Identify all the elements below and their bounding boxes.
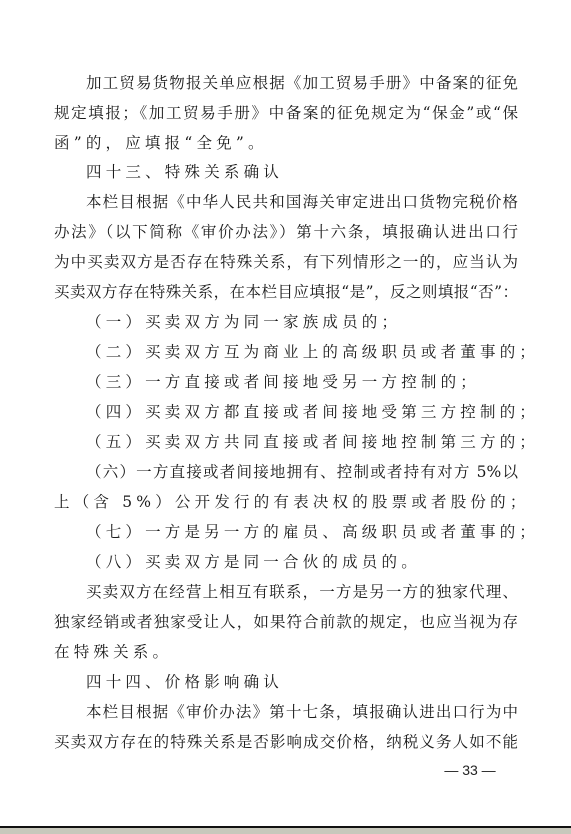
paragraph-line: 在特殊关系。: [54, 641, 518, 663]
paragraph-line: 本栏目根据《审价办法》第十七条，填报确认进出口行为中: [86, 701, 518, 723]
viewer-bottom-bar: [0, 828, 571, 834]
paragraph-line: 买卖双方在经营上相互有联系，一方是另一方的独家代理、: [86, 581, 518, 603]
paragraph-line: 买卖双方存在特殊关系，在本栏目应填报“是”，反之则填报“否”：: [54, 281, 518, 303]
section-heading-43: 四十三、特殊关系确认: [86, 161, 518, 183]
paragraph-line: 函”的，应填报“全免”。: [54, 132, 518, 154]
list-item-5: （五）买卖双方共同直接或者间接地控制第三方的；: [86, 431, 518, 453]
paragraph-line: 办法》（以下简称《审价办法》）第十六条，填报确认进出口行: [54, 221, 518, 243]
paragraph-line: 加工贸易货物报关单应根据《加工贸易手册》中备案的征免: [86, 72, 518, 94]
list-item-4: （四）买卖双方都直接或者间接地受第三方控制的；: [86, 401, 518, 423]
list-item-7: （七）一方是另一方的雇员、高级职员或者董事的；: [86, 521, 518, 543]
list-item-2: （二）买卖双方互为商业上的高级职员或者董事的；: [86, 341, 518, 363]
list-item-8: （八）买卖双方是同一合伙的成员的。: [86, 551, 518, 573]
list-item-3: （三）一方直接或者间接地受另一方控制的；: [86, 371, 518, 393]
paragraph-line: 本栏目根据《中华人民共和国海关审定进出口货物完税价格: [86, 191, 518, 213]
paragraph-line: 为中买卖双方是否存在特殊关系，有下列情形之一的，应当认为: [54, 251, 518, 273]
list-item-6: （六）一方直接或者间接地拥有、控制或者持有对方 5%以: [86, 461, 518, 483]
paragraph-line: 独家经销或者独家受让人，如果符合前款的规定，也应当视为存: [54, 611, 518, 633]
page-number: — 33 —: [430, 762, 510, 778]
paragraph-line: 买卖双方存在的特殊关系是否影响成交价格，纳税义务人如不能: [54, 731, 518, 753]
list-item-6-cont: 上（含 5%）公开发行的有表决权的股票或者股份的；: [54, 491, 518, 513]
list-item-1: （一）买卖双方为同一家族成员的；: [86, 311, 518, 333]
document-page: 加工贸易货物报关单应根据《加工贸易手册》中备案的征免 规定填报；《加工贸易手册》…: [0, 0, 571, 826]
paragraph-line: 规定填报；《加工贸易手册》中备案的征免规定为“保金”或“保: [54, 102, 518, 124]
section-heading-44: 四十四、价格影响确认: [86, 671, 518, 693]
